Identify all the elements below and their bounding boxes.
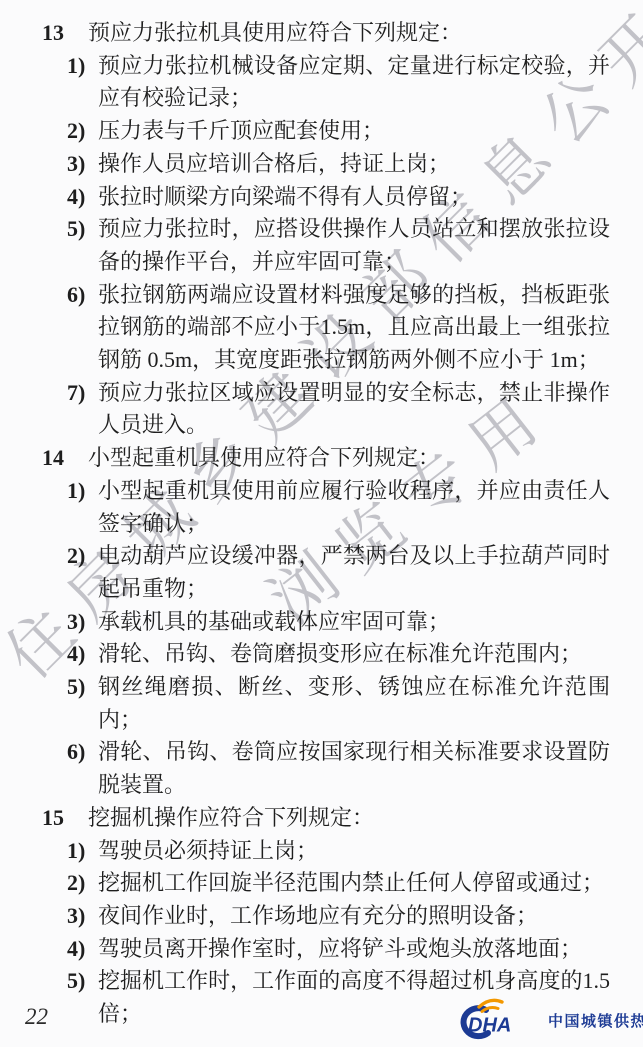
- item-number: 3): [67, 606, 98, 639]
- cdha-logo: DHA 中国城镇供热协会: [452, 998, 643, 1042]
- clause-heading-text: 预应力张拉机具使用应符合下列规定：: [88, 17, 623, 50]
- clause-number: 15: [42, 802, 88, 835]
- cdha-logo-name: 中国城镇供热协会: [548, 1010, 643, 1031]
- clause-heading-text: 小型起重机具使用应符合下列规定：: [88, 442, 623, 475]
- clause-heading-text: 挖掘机操作应符合下列规定：: [88, 802, 623, 835]
- item-number: 7): [67, 377, 98, 442]
- item-text: 驾驶员离开操作室时，应将铲斗或炮头放落地面；: [98, 933, 610, 966]
- item-number: 3): [67, 900, 98, 933]
- item-text: 张拉钢筋两端应设置材料强度足够的挡板，挡板距张拉钢筋的端部不应小于1.5m，且应…: [98, 279, 610, 377]
- item-text: 滑轮、吊钩、卷筒应按国家现行相关标准要求设置防脱装置。: [98, 736, 610, 801]
- dha-wordmark: DHA: [468, 1015, 511, 1037]
- item-number: 6): [67, 736, 98, 801]
- clause-number: 14: [42, 442, 88, 475]
- page-number: 22: [25, 1004, 48, 1030]
- item-text: 滑轮、吊钩、卷筒磨损变形应在标准允许范围内；: [98, 638, 610, 671]
- item-number: 6): [67, 279, 98, 377]
- clause-14-item-1: 1) 小型起重机具使用前应履行验收程序，并应由责任人签字确认；: [0, 475, 643, 540]
- clause-15-item-3: 3) 夜间作业时，工作场地应有充分的照明设备；: [0, 900, 643, 933]
- item-text: 预应力张拉机械设备应定期、定量进行标定校验，并应有校验记录；: [98, 50, 610, 115]
- item-text: 电动葫芦应设缓冲器，严禁两台及以上手拉葫芦同时起吊重物；: [98, 540, 610, 605]
- clause-14-item-2: 2) 电动葫芦应设缓冲器，严禁两台及以上手拉葫芦同时起吊重物；: [0, 540, 643, 605]
- item-number: 4): [67, 933, 98, 966]
- clause-13-item-7: 7) 预应力张拉区域应设置明显的安全标志，禁止非操作人员进入。: [0, 377, 643, 442]
- clause-13-item-6: 6) 张拉钢筋两端应设置材料强度足够的挡板，挡板距张拉钢筋的端部不应小于1.5m…: [0, 279, 643, 377]
- document-page: 住房城乡建设部信息公开 浏览专用 13 预应力张拉机具使用应符合下列规定： 1)…: [0, 0, 643, 1047]
- item-number: 2): [67, 867, 98, 900]
- clause-15-item-1: 1) 驾驶员必须持证上岗；: [0, 835, 643, 868]
- clause-14-item-5: 5) 钢丝绳磨损、断丝、变形、锈蚀应在标准允许范围内；: [0, 671, 643, 736]
- clause-13-item-5: 5) 预应力张拉时，应搭设供操作人员站立和摆放张拉设备的操作平台，并应牢固可靠；: [0, 213, 643, 278]
- page-footer: 22 DHA 中国城镇供热协会: [0, 996, 643, 1042]
- clause-14-item-6: 6) 滑轮、吊钩、卷筒应按国家现行相关标准要求设置防脱装置。: [0, 736, 643, 801]
- clause-15-item-2: 2) 挖掘机工作回旋半径范围内禁止任何人停留或通过；: [0, 867, 643, 900]
- cdha-logo-icon: DHA: [452, 998, 544, 1042]
- clause-13-item-4: 4) 张拉时顺梁方向梁端不得有人员停留；: [0, 181, 643, 214]
- item-text: 预应力张拉区域应设置明显的安全标志，禁止非操作人员进入。: [98, 377, 610, 442]
- item-number: 5): [67, 213, 98, 278]
- item-text: 操作人员应培训合格后，持证上岗；: [98, 148, 610, 181]
- item-text: 钢丝绳磨损、断丝、变形、锈蚀应在标准允许范围内；: [98, 671, 610, 736]
- item-number: 4): [67, 638, 98, 671]
- item-number: 5): [67, 671, 98, 736]
- document-content: 13 预应力张拉机具使用应符合下列规定： 1) 预应力张拉机械设备应定期、定量进…: [0, 0, 643, 1031]
- clause-number: 13: [42, 17, 88, 50]
- clause-13-heading: 13 预应力张拉机具使用应符合下列规定：: [0, 17, 643, 50]
- item-text: 承载机具的基础或载体应牢固可靠；: [98, 606, 610, 639]
- item-text: 张拉时顺梁方向梁端不得有人员停留；: [98, 181, 610, 214]
- item-text: 预应力张拉时，应搭设供操作人员站立和摆放张拉设备的操作平台，并应牢固可靠；: [98, 213, 610, 278]
- item-text: 小型起重机具使用前应履行验收程序，并应由责任人签字确认；: [98, 475, 610, 540]
- item-number: 1): [67, 835, 98, 868]
- item-number: 4): [67, 181, 98, 214]
- item-number: 3): [67, 148, 98, 181]
- clause-15-item-4: 4) 驾驶员离开操作室时，应将铲斗或炮头放落地面；: [0, 933, 643, 966]
- clause-13-item-2: 2) 压力表与千斤顶应配套使用；: [0, 115, 643, 148]
- item-text: 压力表与千斤顶应配套使用；: [98, 115, 610, 148]
- item-number: 1): [67, 475, 98, 540]
- item-text: 挖掘机工作回旋半径范围内禁止任何人停留或通过；: [98, 867, 610, 900]
- clause-13-item-3: 3) 操作人员应培训合格后，持证上岗；: [0, 148, 643, 181]
- clause-15-heading: 15 挖掘机操作应符合下列规定：: [0, 802, 643, 835]
- item-number: 2): [67, 540, 98, 605]
- clause-14-heading: 14 小型起重机具使用应符合下列规定：: [0, 442, 643, 475]
- clause-14-item-3: 3) 承载机具的基础或载体应牢固可靠；: [0, 606, 643, 639]
- clause-14-item-4: 4) 滑轮、吊钩、卷筒磨损变形应在标准允许范围内；: [0, 638, 643, 671]
- item-number: 2): [67, 115, 98, 148]
- clause-13-item-1: 1) 预应力张拉机械设备应定期、定量进行标定校验，并应有校验记录；: [0, 50, 643, 115]
- item-text: 夜间作业时，工作场地应有充分的照明设备；: [98, 900, 610, 933]
- item-text: 驾驶员必须持证上岗；: [98, 835, 610, 868]
- item-number: 1): [67, 50, 98, 115]
